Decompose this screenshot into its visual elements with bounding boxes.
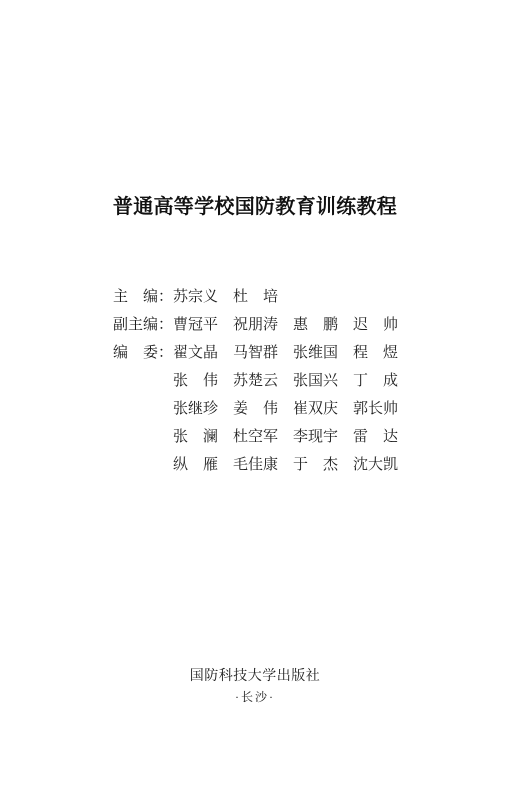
editor-name: 张继珍 bbox=[173, 397, 219, 418]
editor-name: 程 煜 bbox=[353, 341, 399, 362]
editor-name: 翟文晶 bbox=[173, 341, 219, 362]
editor-name: 曹冠平 bbox=[173, 313, 219, 334]
editor-role-label: 副主编： bbox=[113, 313, 173, 334]
editor-name: 郭长帅 bbox=[353, 397, 399, 418]
editor-name: 姜 伟 bbox=[233, 397, 279, 418]
editor-name: 沈大凯 bbox=[353, 453, 399, 474]
editor-row: 张继珍 姜 伟 崔双庆 郭长帅 bbox=[113, 393, 413, 421]
page-title: 普通高等学校国防教育训练教程 bbox=[0, 190, 510, 219]
editor-role-label: 编 委： bbox=[113, 341, 173, 362]
editor-row: 主 编： 苏宗义 杜 培 bbox=[113, 281, 413, 309]
editor-name: 张维国 bbox=[293, 341, 339, 362]
editor-name: 张国兴 bbox=[293, 369, 339, 390]
editor-name: 崔双庆 bbox=[293, 397, 339, 418]
editor-name: 于 杰 bbox=[293, 453, 339, 474]
editors-block: 主 编： 苏宗义 杜 培 副主编： 曹冠平 祝朋涛 惠 鹏 迟 帅 编 委： 翟… bbox=[113, 281, 413, 477]
editor-name: 杜空军 bbox=[233, 425, 279, 446]
editor-name: 雷 达 bbox=[353, 425, 399, 446]
editor-row: 副主编： 曹冠平 祝朋涛 惠 鹏 迟 帅 bbox=[113, 309, 413, 337]
editor-name: 毛佳康 bbox=[233, 453, 279, 474]
editor-row: 张 伟 苏楚云 张国兴 丁 成 bbox=[113, 365, 413, 393]
editor-name: 杜 培 bbox=[233, 285, 279, 306]
editor-name: 张 伟 bbox=[173, 369, 219, 390]
editor-row: 纵 雁 毛佳康 于 杰 沈大凯 bbox=[113, 449, 413, 477]
editor-name: 李现宇 bbox=[293, 425, 339, 446]
editor-name: 苏宗义 bbox=[173, 285, 219, 306]
editor-name: 马智群 bbox=[233, 341, 279, 362]
editor-row: 张 澜 杜空军 李现宇 雷 达 bbox=[113, 421, 413, 449]
editor-name: 丁 成 bbox=[353, 369, 399, 390]
editor-name: 苏楚云 bbox=[233, 369, 279, 390]
editor-name: 迟 帅 bbox=[353, 313, 399, 334]
editor-row: 编 委： 翟文晶 马智群 张维国 程 煜 bbox=[113, 337, 413, 365]
publisher-name: 国防科技大学出版社 bbox=[0, 665, 510, 685]
editor-role-label: 主 编： bbox=[113, 285, 173, 306]
editor-name: 祝朋涛 bbox=[233, 313, 279, 334]
editor-name: 张 澜 bbox=[173, 425, 219, 446]
title-page: 普通高等学校国防教育训练教程 主 编： 苏宗义 杜 培 副主编： 曹冠平 祝朋涛… bbox=[0, 0, 510, 800]
editor-name: 惠 鹏 bbox=[293, 313, 339, 334]
publisher-city: ·长沙· bbox=[0, 688, 510, 705]
editor-name: 纵 雁 bbox=[173, 453, 219, 474]
